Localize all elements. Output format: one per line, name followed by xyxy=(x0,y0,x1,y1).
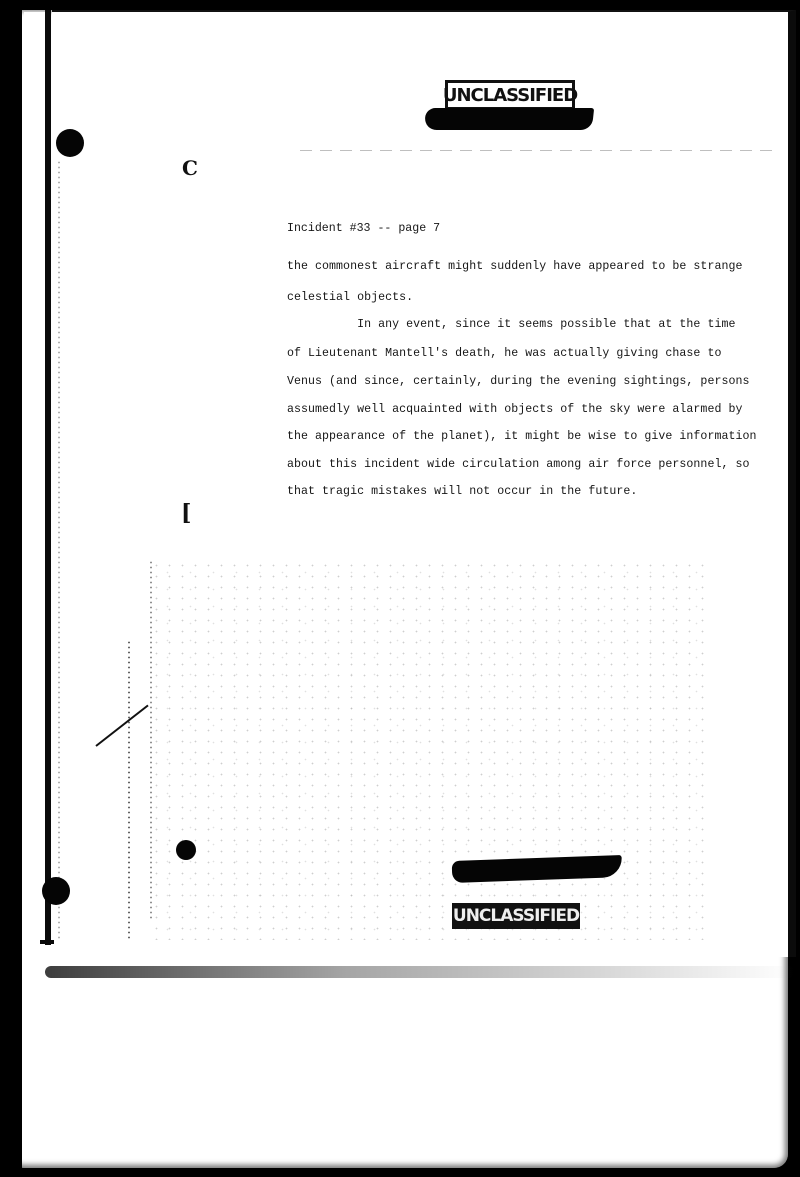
text-line: In any event, since it seems possible th… xyxy=(287,318,735,331)
text-line: Venus (and since, certainly, during the … xyxy=(287,375,750,388)
margin-bracket: [ xyxy=(181,500,191,526)
punch-hole-icon xyxy=(176,840,196,860)
text-line: that tragic mistakes will not occur in t… xyxy=(287,485,637,498)
classification-stamp-bottom: UNCLASSIFIED xyxy=(452,903,580,929)
text-line: about this incident wide circulation amo… xyxy=(287,458,750,471)
header-rule xyxy=(300,150,780,151)
margin-dot-column xyxy=(128,640,130,940)
redaction-bar-top xyxy=(424,108,594,130)
text-line: the commonest aircraft might suddenly ha… xyxy=(287,260,742,273)
text-line: of Lieutenant Mantell's death, he was ac… xyxy=(287,347,721,360)
page-header: Incident #33 -- page 7 xyxy=(287,222,440,235)
classification-stamp-top: UNCLASSIFIED xyxy=(445,80,575,110)
scan-smear xyxy=(45,966,795,978)
text-line: assumedly well acquainted with objects o… xyxy=(287,403,742,416)
scan-noise xyxy=(150,560,710,940)
binder-rule xyxy=(45,10,51,945)
left-margin-strip xyxy=(24,12,46,957)
margin-mark-top: C xyxy=(182,156,198,180)
punch-hole-icon xyxy=(56,129,84,157)
binder-rule-foot xyxy=(40,940,54,944)
text-line: celestial objects. xyxy=(287,291,413,304)
text-line: the appearance of the planet), it might … xyxy=(287,430,757,443)
top-scan-edge xyxy=(0,0,800,10)
margin-dot-column xyxy=(58,160,60,940)
left-scan-edge xyxy=(0,0,22,1177)
punch-hole-icon xyxy=(42,877,70,905)
